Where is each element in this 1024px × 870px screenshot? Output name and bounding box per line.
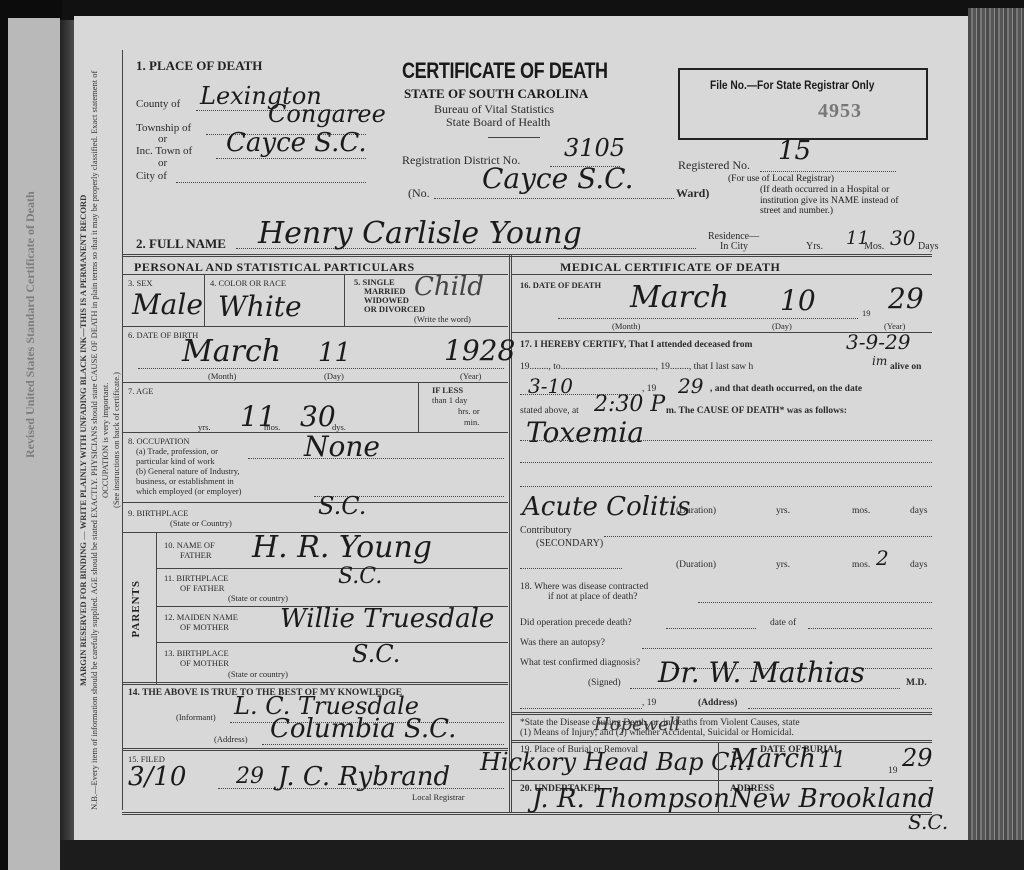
registered-no-value[interactable]: 15 bbox=[778, 136, 811, 166]
street-no-line bbox=[434, 198, 674, 199]
mother-state-label: (State or country) bbox=[228, 669, 288, 679]
title-rule bbox=[488, 137, 540, 138]
age-days[interactable]: 30 bbox=[300, 400, 336, 433]
filed-year[interactable]: 29 bbox=[236, 764, 264, 789]
county-label: County of bbox=[136, 98, 180, 110]
if-less-label-2: than 1 day bbox=[432, 395, 467, 405]
cause-of-death-label: m. The CAUSE OF DEATH* was as follows: bbox=[666, 406, 847, 416]
time-of-death[interactable]: 2:30 P bbox=[594, 392, 665, 417]
date-of-label: date of bbox=[770, 618, 796, 628]
occupation-label: 8. OCCUPATION bbox=[128, 436, 190, 446]
mother-birthplace-label-1: 13. BIRTHPLACE bbox=[164, 648, 229, 658]
birthplace-value[interactable]: S.C. bbox=[318, 492, 366, 520]
dob-day[interactable]: 11 bbox=[318, 338, 351, 368]
full-name-value[interactable]: Henry Carlisle Young bbox=[258, 216, 582, 251]
burial-date-day[interactable]: 11 bbox=[818, 748, 846, 773]
contributory-label: Contributory bbox=[520, 526, 572, 536]
board-name: State Board of Health bbox=[446, 115, 550, 130]
township-value[interactable]: Congaree bbox=[268, 100, 386, 128]
md-label: M.D. bbox=[906, 678, 927, 688]
father-name-label-1: 10. NAME OF bbox=[164, 540, 215, 550]
city-label: City of bbox=[136, 170, 167, 182]
informant-label: (Informant) bbox=[176, 712, 216, 722]
sex-divider bbox=[204, 274, 205, 326]
marital-label-4: OR DIVORCED bbox=[364, 304, 425, 314]
father-birthplace-value[interactable]: S.C. bbox=[338, 564, 382, 589]
parents-rule-1 bbox=[156, 568, 508, 569]
book-page-stack bbox=[968, 8, 1024, 870]
medical-title-rule bbox=[512, 274, 932, 275]
informant-bottom-rule bbox=[122, 748, 508, 751]
color-divider bbox=[344, 274, 345, 326]
mother-birthplace-value[interactable]: S.C. bbox=[352, 640, 400, 668]
disease-contracted-line bbox=[698, 602, 932, 603]
color-value[interactable]: White bbox=[218, 290, 302, 323]
cause-line-3 bbox=[520, 486, 932, 487]
informant-address-label: (Address) bbox=[214, 734, 248, 744]
occupation-a2: particular kind of work bbox=[136, 456, 215, 466]
city-line bbox=[176, 182, 366, 183]
file-number: 4953 bbox=[818, 100, 862, 123]
contributory-line bbox=[604, 536, 932, 537]
margin-reserved-text: MARGIN RESERVED FOR BINDING bbox=[78, 542, 88, 686]
row-rule-2 bbox=[122, 382, 508, 383]
medical-footnote-rule bbox=[512, 712, 932, 715]
cause-line-1 bbox=[520, 440, 932, 441]
burial-place-value[interactable]: Hickory Head Bap Ch. bbox=[480, 748, 753, 776]
or-label-2: or bbox=[158, 157, 167, 169]
residence-label-2: In City bbox=[720, 241, 748, 252]
dob-month-label: (Month) bbox=[208, 371, 236, 381]
personal-section-title: PERSONAL AND STATISTICAL PARTICULARS bbox=[134, 260, 415, 275]
occupation-a: (a) Trade, profession, or bbox=[136, 446, 218, 456]
occupation-a-line bbox=[248, 458, 504, 459]
burial-place-extra[interactable]: Hopewell bbox=[594, 714, 680, 735]
age-mos-label: mos. bbox=[264, 422, 280, 432]
certificate-title: CERTIFICATE OF DEATH bbox=[402, 58, 608, 84]
death-occurred-text: , and that death occurred, on the date bbox=[710, 384, 862, 394]
dod-day[interactable]: 10 bbox=[780, 284, 816, 317]
signed-label: (Signed) bbox=[588, 678, 621, 688]
occupation-b: (b) General nature of Industry, bbox=[136, 466, 240, 476]
father-birthplace-label-1: 11. BIRTHPLACE bbox=[164, 573, 228, 583]
state-name: STATE OF SOUTH CAROLINA bbox=[404, 86, 588, 102]
secondary-duration-line bbox=[520, 568, 622, 569]
undertaker-address-value[interactable]: New Brookland bbox=[730, 784, 934, 814]
street-no-value[interactable]: Cayce S.C. bbox=[482, 162, 634, 195]
local-registrar-label: Local Registrar bbox=[412, 792, 465, 802]
registration-district-value[interactable]: 3105 bbox=[564, 134, 625, 162]
hospital-note: (If death occurred in a Hospital or inst… bbox=[760, 185, 900, 217]
autopsy-label: Was there an autopsy? bbox=[520, 638, 605, 648]
autopsy-line bbox=[642, 648, 932, 649]
cause-primary[interactable]: Toxemia bbox=[526, 416, 644, 449]
dob-year[interactable]: 1928 bbox=[444, 334, 515, 367]
signed-line bbox=[630, 688, 900, 689]
age-yrs-label: yrs. bbox=[198, 422, 211, 432]
date-of-line bbox=[808, 628, 932, 629]
left-page-strip: Revised United States Standard Certifica… bbox=[8, 18, 60, 870]
state-registrar-file-box: File No.—For State Registrar Only 4953 bbox=[678, 68, 928, 140]
mother-maiden-label-1: 12. MAIDEN NAME bbox=[164, 612, 238, 622]
residence-months[interactable]: 30 bbox=[890, 226, 915, 250]
bottom-shadow bbox=[60, 840, 1024, 870]
sex-label: 3. SEX bbox=[128, 278, 153, 288]
left-page-mirror-text: Revised United States Standard Certifica… bbox=[22, 78, 62, 458]
parents-bottom-rule bbox=[122, 682, 508, 685]
last-saw-pronoun[interactable]: im bbox=[872, 354, 887, 368]
dob-year-label: (Year) bbox=[460, 371, 481, 381]
attended-to-text: 19........, to..........................… bbox=[520, 362, 753, 372]
burial-mid-rule bbox=[512, 780, 932, 781]
mother-maiden-label-2: OF MOTHER bbox=[180, 622, 229, 632]
occupation-b2: business, or establishment in bbox=[136, 476, 234, 486]
file-box-label: File No.—For State Registrar Only bbox=[710, 78, 874, 92]
test-label: What test confirmed diagnosis? bbox=[520, 658, 640, 668]
inc-town-line bbox=[216, 158, 366, 159]
parents-divider bbox=[156, 532, 157, 684]
undertaker-address-state[interactable]: S.C. bbox=[908, 810, 948, 834]
duration-label-1: (Duration) bbox=[676, 506, 716, 516]
mother-birthplace-label-2: OF MOTHER bbox=[180, 658, 229, 668]
filed-line bbox=[218, 788, 504, 789]
alive-on-label: alive on bbox=[890, 362, 921, 372]
dod-year-prefix: 19 bbox=[862, 308, 871, 318]
name-separator bbox=[122, 254, 932, 257]
father-birthplace-label-2: OF FATHER bbox=[180, 583, 224, 593]
registered-no-label: Registered No. bbox=[678, 158, 750, 173]
operation-label: Did operation precede death? bbox=[520, 618, 632, 628]
registered-no-line bbox=[760, 171, 896, 172]
physician-signature[interactable]: Dr. W. Mathias bbox=[658, 656, 865, 689]
duration-label-2: (Duration) bbox=[676, 560, 716, 570]
color-label: 4. COLOR OR RACE bbox=[210, 278, 286, 288]
certify-text: 17. I HEREBY CERTIFY, That I attended de… bbox=[520, 340, 752, 350]
residence-mos-label: Mos. bbox=[864, 241, 884, 252]
father-name-value[interactable]: H. R. Young bbox=[252, 530, 432, 565]
residence-days-label: Days bbox=[918, 241, 939, 252]
marital-value[interactable]: Child bbox=[414, 272, 484, 302]
full-name-label: 2. FULL NAME bbox=[136, 236, 226, 252]
father-name-label-2: FATHER bbox=[180, 550, 212, 560]
last-seen-year[interactable]: 29 bbox=[678, 374, 703, 398]
binding-margin-note: MARGIN RESERVED FOR BINDING — WRITE PLAI… bbox=[78, 60, 118, 820]
dob-month[interactable]: March bbox=[182, 334, 281, 369]
contributory-value[interactable]: Acute Colitis bbox=[522, 492, 690, 522]
cause-line-2 bbox=[520, 462, 932, 463]
ward-label: Ward) bbox=[676, 186, 709, 201]
informant-address-line bbox=[262, 744, 504, 745]
duration-yrs-1: yrs. bbox=[776, 506, 790, 516]
death-certificate-form: 1. PLACE OF DEATH County of Lexington To… bbox=[118, 40, 958, 820]
duration-months-2[interactable]: 2 bbox=[876, 546, 889, 570]
marital-note: (Write the word) bbox=[414, 314, 471, 324]
duration-yrs-2: yrs. bbox=[776, 560, 790, 570]
left-page-edge: Revised United States Standard Certifica… bbox=[0, 0, 62, 870]
disease-contracted-label-2: if not at place of death? bbox=[548, 592, 637, 602]
burial-year-prefix: 19 bbox=[888, 766, 898, 776]
inc-town-label: Inc. Town of bbox=[136, 145, 192, 157]
disease-contracted-label-1: 18. Where was disease contracted bbox=[520, 582, 648, 592]
age-label: 7. AGE bbox=[128, 386, 154, 396]
hrs-label: hrs. or bbox=[458, 406, 480, 416]
undertaker-value[interactable]: J. R. Thompson bbox=[532, 784, 730, 814]
burial-top-rule bbox=[512, 740, 932, 743]
parents-rule-3 bbox=[156, 642, 508, 643]
dob-line bbox=[138, 368, 504, 369]
father-state-label: (State or country) bbox=[228, 593, 288, 603]
duration-mos-1: mos. bbox=[852, 506, 870, 516]
stated-above-label: stated above, at bbox=[520, 406, 579, 416]
dod-year[interactable]: 29 bbox=[888, 282, 924, 315]
row-rule-1 bbox=[122, 326, 508, 327]
residence-yrs-label: Yrs. bbox=[806, 241, 823, 252]
birthplace-sub: (State or Country) bbox=[170, 518, 232, 528]
mother-maiden-value[interactable]: Willie Truesdale bbox=[280, 604, 494, 634]
dod-month-label: (Month) bbox=[612, 321, 640, 331]
birthplace-label: 9. BIRTHPLACE bbox=[128, 508, 188, 518]
secondary-label: (SECONDARY) bbox=[536, 539, 603, 549]
inc-town-value[interactable]: Cayce S.C. bbox=[226, 128, 367, 158]
filed-date[interactable]: 3/10 bbox=[128, 762, 186, 792]
operation-line bbox=[666, 628, 756, 629]
occupation-b3: which employed (or employer) bbox=[136, 486, 242, 496]
informant-address-value[interactable]: Columbia S.C. bbox=[270, 714, 456, 744]
local-registrar-note: (For use of Local Registrar) bbox=[728, 174, 834, 184]
parents-label: PARENTS bbox=[130, 580, 142, 638]
duration-days-2: days bbox=[910, 560, 927, 570]
place-of-death-label: 1. PLACE OF DEATH bbox=[136, 58, 262, 74]
signed-year-prefix: , 19 bbox=[642, 698, 656, 708]
dob-day-label: (Day) bbox=[324, 371, 344, 381]
sex-value[interactable]: Male bbox=[132, 288, 203, 321]
row-rule-4 bbox=[122, 502, 508, 503]
dod-label: 16. DATE OF DEATH bbox=[520, 280, 601, 290]
physician-address-label: (Address) bbox=[698, 698, 737, 708]
write-plainly-text: WRITE PLAINLY WITH UNFADING BLACK INK—TH… bbox=[78, 194, 88, 528]
min-label: min. bbox=[464, 417, 479, 427]
signed-date-line bbox=[520, 708, 642, 709]
if-less-label-1: IF LESS bbox=[432, 385, 463, 395]
duration-days-1: days bbox=[910, 506, 927, 516]
burial-date-month[interactable]: March bbox=[730, 744, 816, 774]
street-no-label: (No. bbox=[408, 186, 430, 201]
age-divider bbox=[418, 382, 419, 432]
duration-mos-2: mos. bbox=[852, 560, 870, 570]
dod-month[interactable]: March bbox=[630, 280, 729, 315]
medical-section-title: MEDICAL CERTIFICATE OF DEATH bbox=[560, 260, 780, 275]
nb-note-text: N.B.—Every item of information should be… bbox=[89, 60, 111, 820]
physician-address-line bbox=[748, 708, 932, 709]
left-border bbox=[122, 50, 123, 810]
or-label-1: or bbox=[158, 133, 167, 145]
burial-date-year[interactable]: 29 bbox=[902, 744, 933, 772]
attended-from[interactable]: 3-9-29 bbox=[846, 330, 910, 354]
dod-line bbox=[558, 318, 858, 319]
dod-day-label: (Day) bbox=[772, 321, 792, 331]
